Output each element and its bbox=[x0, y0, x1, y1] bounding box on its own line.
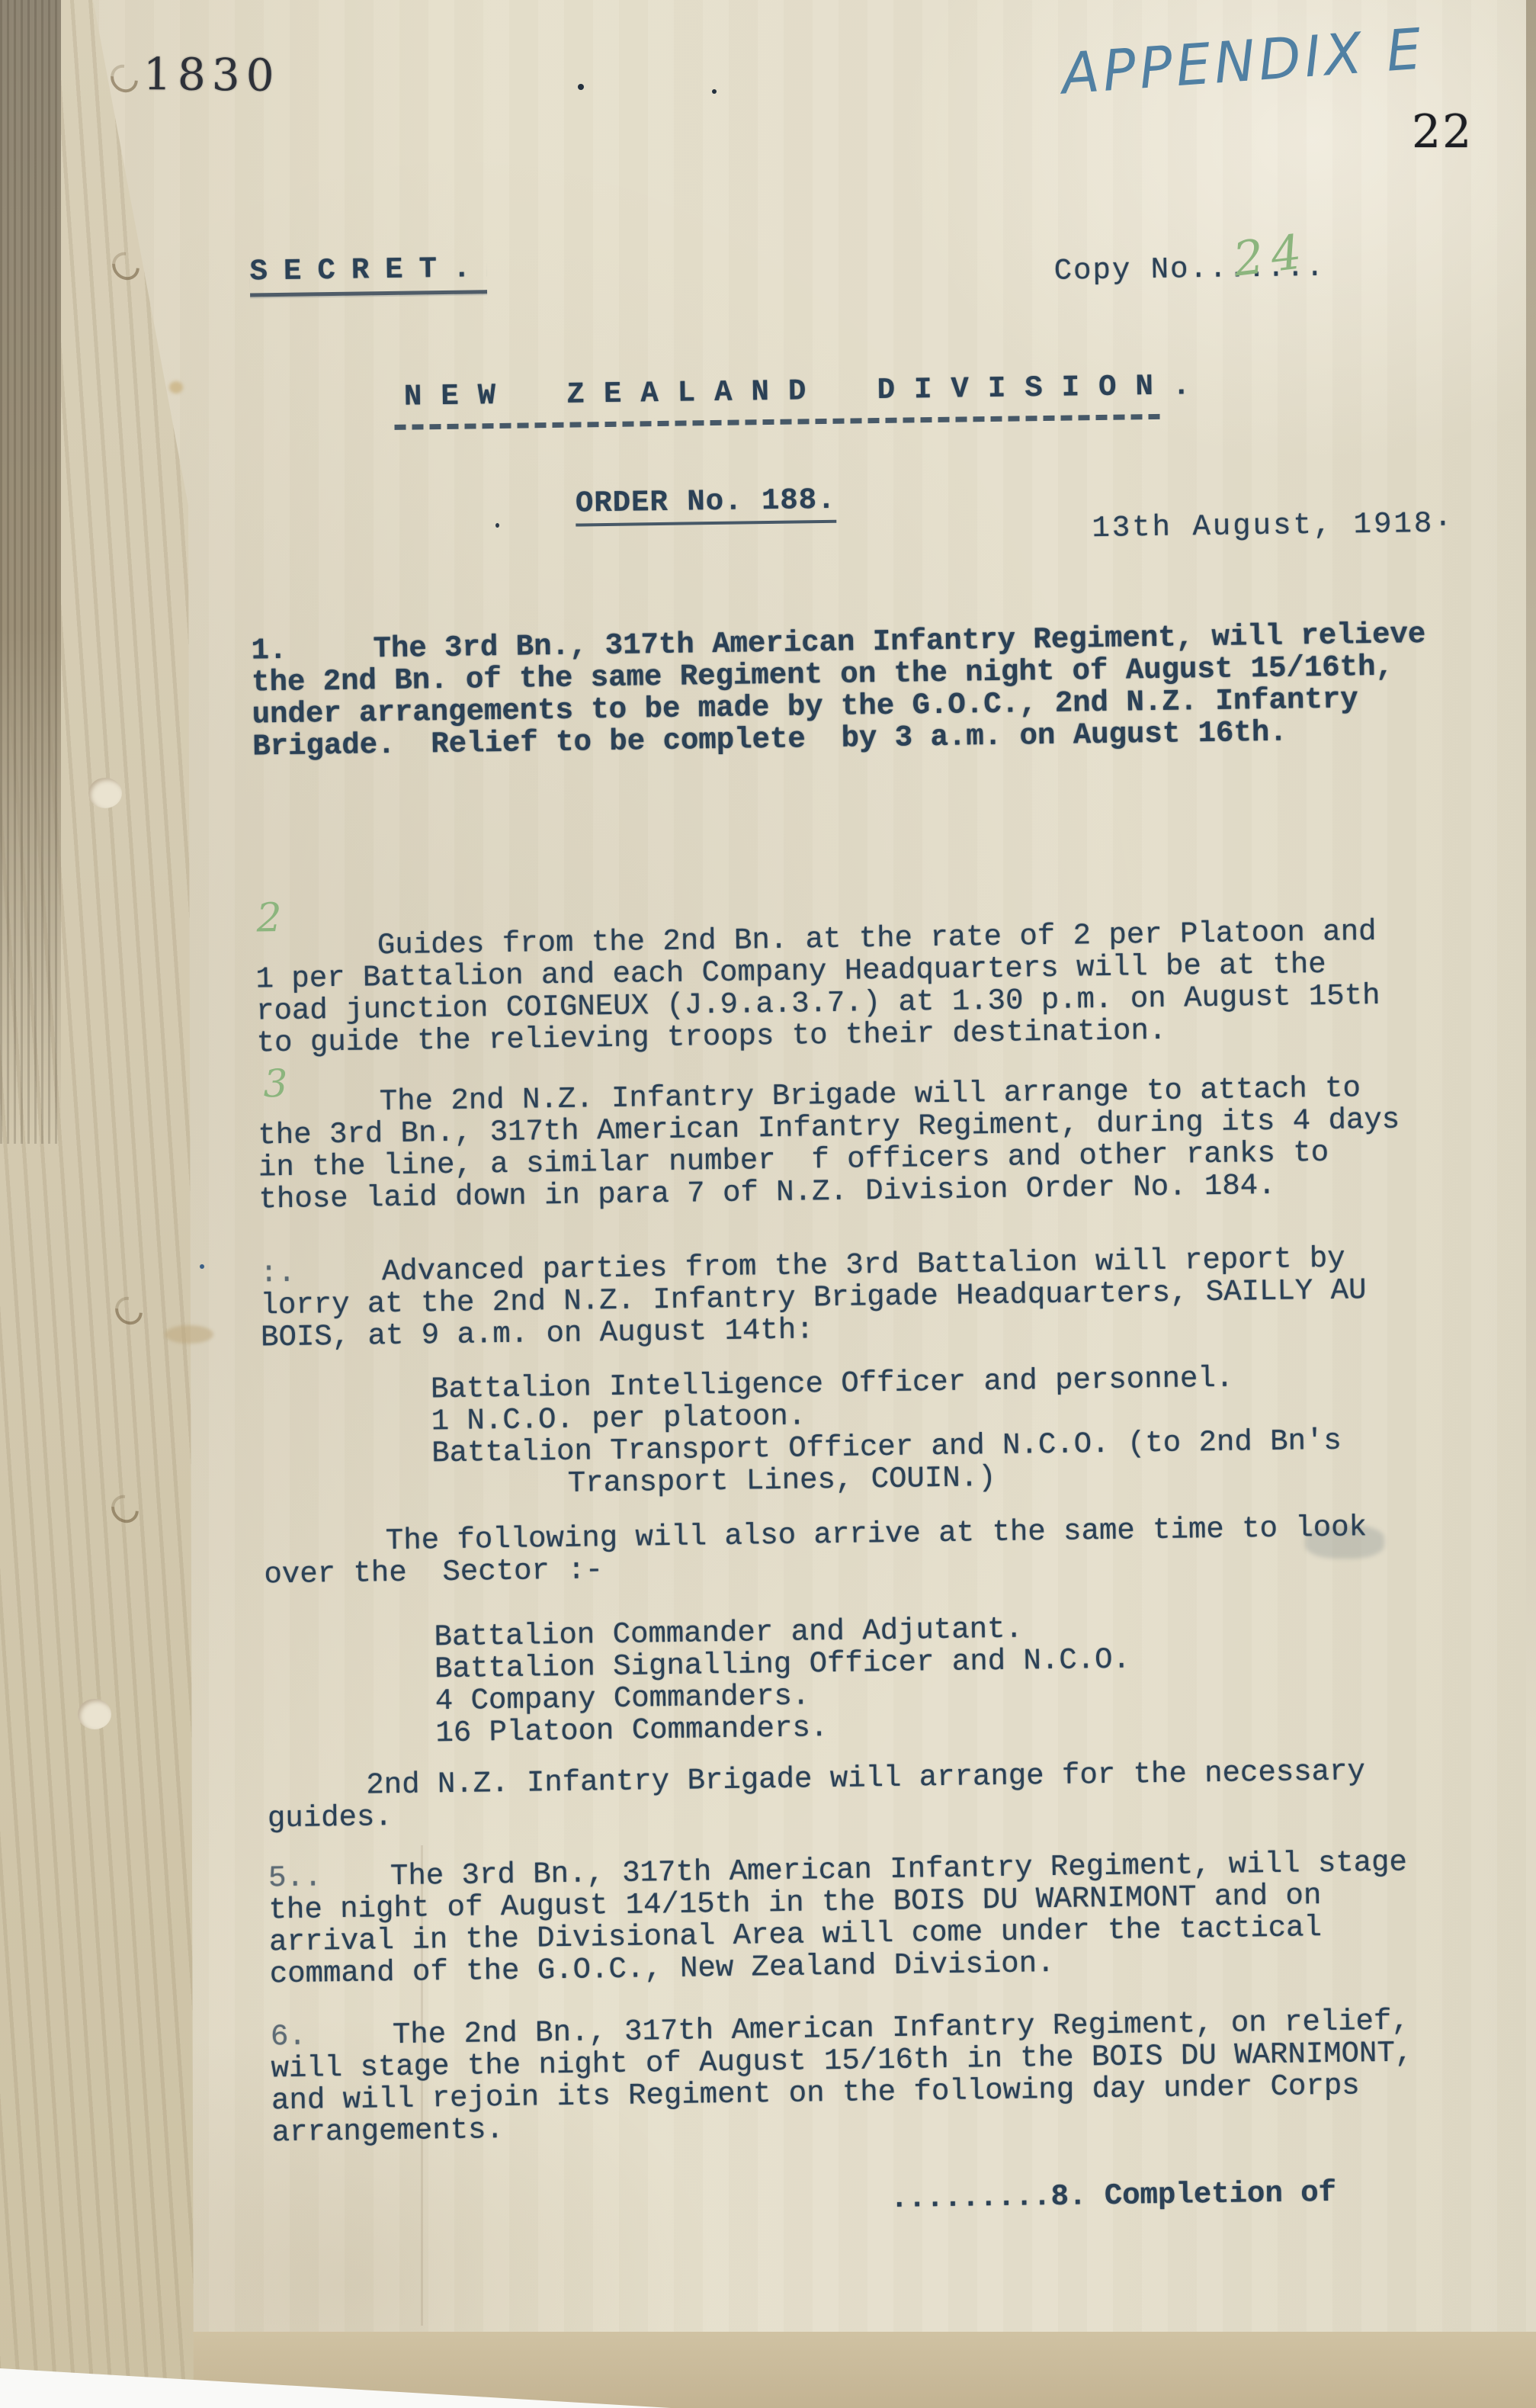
paragraph-3: 3 The 2nd N.Z. Infantry Brigade will arr… bbox=[258, 1072, 1401, 1216]
ink-smudge bbox=[1305, 1525, 1384, 1559]
para-number: :. bbox=[260, 1256, 383, 1289]
copy-number-handwritten-value: 24 bbox=[1230, 223, 1312, 287]
order-date: 13th August, 1918· bbox=[1092, 507, 1454, 544]
register-stamp-number: 1830 bbox=[143, 48, 281, 101]
paragraph-2: 2 Guides from the 2nd Bn. at the rate of… bbox=[255, 916, 1381, 1060]
para-number-green: 2 bbox=[256, 902, 282, 934]
page-footer-catchword: .........8. Completion of bbox=[890, 2177, 1337, 2215]
para-number: 6. bbox=[271, 2019, 393, 2053]
paragraph-1: 1.The 3rd Bn., 317th American Infantry R… bbox=[251, 618, 1427, 763]
guides-paragraph: 2nd N.Z. Infantry Brigade will arrange f… bbox=[267, 1755, 1366, 1835]
classification-label: SECRET. bbox=[249, 252, 487, 297]
paragraph-6: 6.The 2nd Bn., 317th American Infantry R… bbox=[271, 2005, 1414, 2149]
typewritten-text: SECRET. Copy No....... NEW ZEALAND DIVIS… bbox=[0, 0, 1536, 2408]
paragraph-5: 5..The 3rd Bn., 317th American Infantry … bbox=[268, 1846, 1409, 1990]
page-number: 22 bbox=[1412, 105, 1473, 159]
para-number: 1. bbox=[251, 633, 374, 666]
paragraph-4: :.Advanced parties from the 3rd Battalio… bbox=[260, 1242, 1368, 1353]
paragraph-4-continued: The following will also arrive at the sa… bbox=[264, 1511, 1368, 1591]
para-number: 5.. bbox=[268, 1861, 391, 1894]
commanders-list: Battalion Commander and Adjutant. Battal… bbox=[434, 1612, 1131, 1750]
order-number-title: ORDER No. 188. bbox=[576, 484, 836, 527]
scanned-document-page: 1830 APPENDIX E 22 24 SECRET. Copy No...… bbox=[0, 0, 1536, 2408]
division-title: NEW ZEALAND DIVISION. bbox=[404, 370, 1210, 413]
title-underline bbox=[394, 414, 1160, 430]
advanced-party-list: Battalion Intelligence Officer and perso… bbox=[431, 1361, 1342, 1502]
